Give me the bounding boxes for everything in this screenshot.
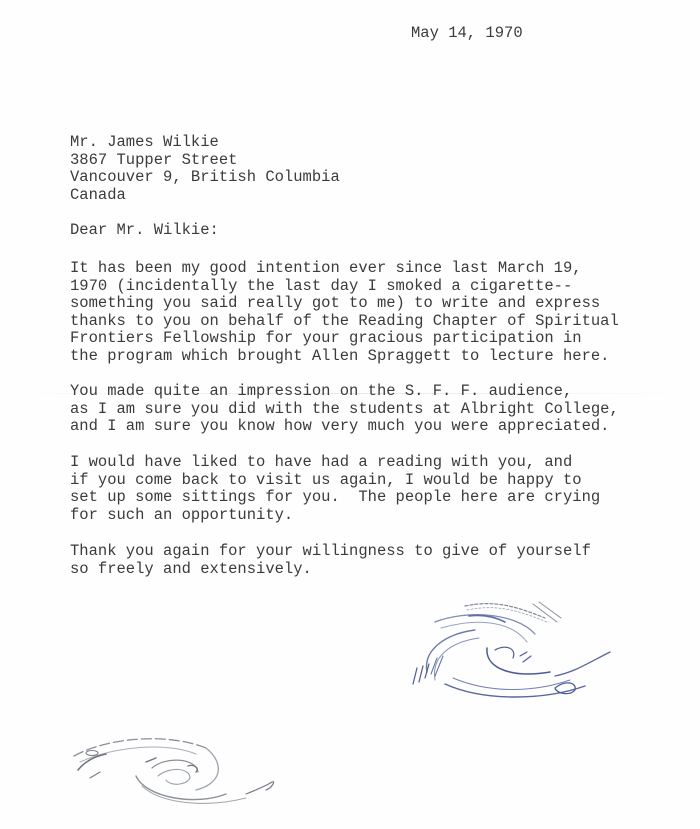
paragraph-line: thanks to you on behalf of the Reading C… <box>70 313 619 331</box>
paragraph-line: if you come back to visit us again, I wo… <box>70 472 600 490</box>
paragraph-line: It has been my good intention ever since… <box>70 260 619 278</box>
paragraph-line: for such an opportunity. <box>70 507 600 525</box>
recipient-country: Canada <box>70 187 340 205</box>
paragraph-line: and I am sure you know how very much you… <box>70 418 619 436</box>
paragraph-2: You made quite an impression on the S. F… <box>70 383 619 436</box>
paragraph-line: I would have liked to have had a reading… <box>70 454 600 472</box>
letter-page: May 14, 1970 Mr. James Wilkie 3867 Tuppe… <box>0 0 700 829</box>
recipient-name: Mr. James Wilkie <box>70 134 340 152</box>
paragraph-line: You made quite an impression on the S. F… <box>70 383 619 401</box>
paragraph-line: so freely and extensively. <box>70 561 591 579</box>
paragraph-1: It has been my good intention ever since… <box>70 260 619 366</box>
paragraph-line: the program which brought Allen Spragget… <box>70 348 619 366</box>
decorative-swirl <box>66 728 286 818</box>
paragraph-3: I would have liked to have had a reading… <box>70 454 600 524</box>
recipient-address: Mr. James Wilkie 3867 Tupper Street Vanc… <box>70 134 340 204</box>
paragraph-4: Thank you again for your willingness to … <box>70 543 591 578</box>
paragraph-line: 1970 (incidentally the last day I smoked… <box>70 278 619 296</box>
signature-block: Sincerely yours, <box>405 592 625 707</box>
paragraph-line: Thank you again for your willingness to … <box>70 543 591 561</box>
recipient-street: 3867 Tupper Street <box>70 152 340 170</box>
swirl-icon <box>66 728 286 818</box>
salutation-block: Dear Mr. Wilkie: <box>70 222 219 240</box>
paragraph-line: as I am sure you did with the students a… <box>70 401 619 419</box>
paragraph-line: something you said really got to me) to … <box>70 295 619 313</box>
recipient-city: Vancouver 9, British Columbia <box>70 169 340 187</box>
letter-date: May 14, 1970 <box>411 24 523 42</box>
paragraph-line: set up some sittings for you. The people… <box>70 489 600 507</box>
paragraph-line: Frontiers Fellowship for your gracious p… <box>70 330 619 348</box>
salutation: Dear Mr. Wilkie: <box>70 222 219 240</box>
